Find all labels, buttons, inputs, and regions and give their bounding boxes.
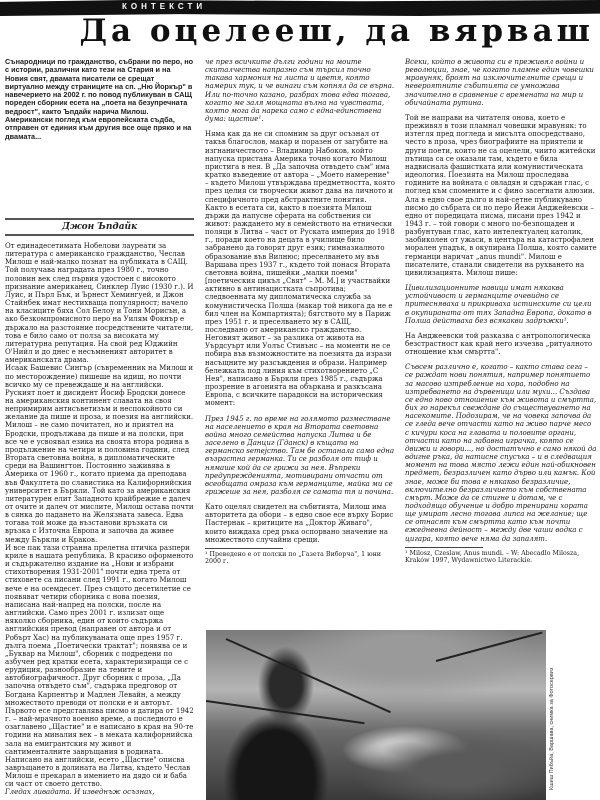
body-paragraph: Като оцелял свидетел на събитията, Милош…	[205, 503, 395, 544]
italic-quote: Съвсем различно е, когато – както става …	[405, 363, 597, 542]
italic-quote: Цивилизационните навици имат някаква уст…	[405, 284, 597, 325]
body-paragraph: На Анджеевски той разказва с антропологи…	[405, 332, 597, 356]
column-3: Всеки, който в живота си е преживял войн…	[405, 58, 597, 564]
body-paragraph: Исаак Башевис Сингър (съвременник на Мил…	[5, 364, 194, 543]
italic-quote-continued: че през всичките дълги години на моите с…	[205, 58, 395, 123]
body-paragraph: Няма как да не си спомним за друг осъзна…	[205, 130, 395, 203]
article-headline: Да оцелееш, да вярваш	[79, 13, 594, 49]
author-photo	[206, 630, 546, 800]
body-paragraph: От единадесетимата Нобелови лауреати за …	[5, 242, 194, 364]
italic-quote-start: Гледах ливадата. И изведнъж осъзнах,	[5, 788, 194, 796]
photo-branch	[436, 632, 543, 662]
italic-quote: През 1945 г. по време на голямото размес…	[205, 415, 395, 497]
section-label: КОНТЕКСТИ	[122, 2, 206, 11]
footnote: ¹ Milosz, Czeslaw, Anus mundi. – W: Abec…	[405, 550, 597, 564]
article-lead: Сънародници по гражданство, събрани по п…	[5, 58, 194, 218]
column-1: Сънародници по гражданство, събрани по п…	[5, 58, 194, 797]
footnote: ¹ Преведено е от полски по „Газета Вибор…	[205, 551, 395, 565]
photo-branch	[206, 700, 365, 724]
body-paragraph: Той не направи на читателя онова, което …	[405, 114, 597, 277]
body-paragraph: Както в есетата си, както в поезията Мил…	[205, 204, 395, 408]
author-name: Джон Ъпдайк	[62, 222, 137, 232]
author-byline: Джон Ъпдайк	[5, 218, 194, 236]
footnote-divider	[205, 548, 283, 549]
photo-branch	[226, 638, 391, 713]
column-2: че през всичките дълги години на моите с…	[205, 58, 395, 565]
italic-quote-continued: Всеки, който в живота си е преживял войн…	[405, 58, 597, 107]
body-paragraph: И все пак тази странна прелетна птичка р…	[5, 544, 194, 789]
footnote-divider	[405, 547, 483, 548]
photo-credit: Кшиш Пибъйа, Варшава, снимка за Фотосерв…	[549, 640, 559, 790]
